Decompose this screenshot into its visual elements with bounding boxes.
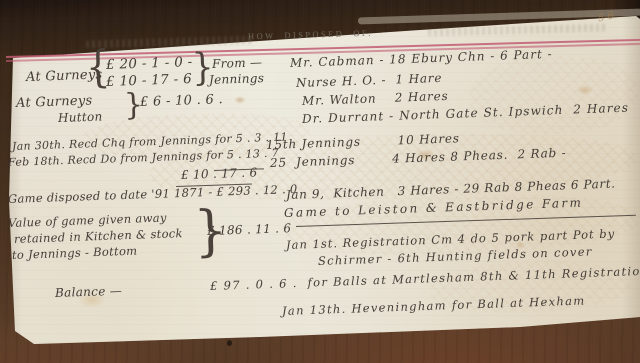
amount-6-10-6: £ 6 - 10 . 6 . — [140, 92, 223, 110]
ledger-photo: HOW DISPOSED OF. 5-6 At Gurneys { £ 20 -… — [0, 0, 640, 363]
source-from: From — — [212, 55, 263, 71]
amount-10-17-6: £ 10 - 17 - 6 — [106, 71, 193, 90]
balance-label: Balance — — [55, 284, 122, 300]
amount-186-11-6: £ 186 . 11 . 6 — [207, 221, 292, 238]
amount-20-1-0: £ 20 - 1 - 0 - — [106, 54, 193, 73]
receipt-total: £ 10 . 17 . 6 — [181, 165, 258, 182]
ink-fleck — [227, 340, 232, 346]
entry-at-gurneys-2: At Gurneys — [16, 93, 93, 111]
entry-hutton: Hutton — [58, 109, 103, 125]
source-jennings: Jennings — [209, 71, 265, 87]
